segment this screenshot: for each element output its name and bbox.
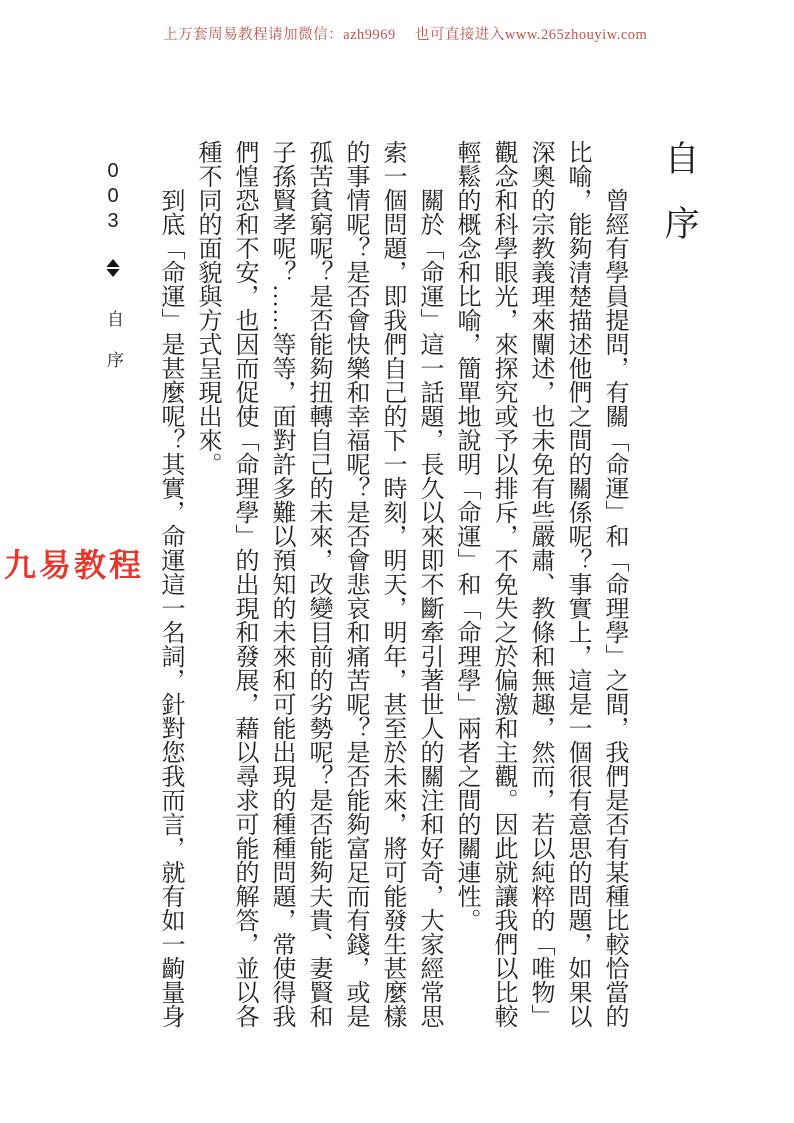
folio-section-label: 自序 xyxy=(104,310,123,392)
page: 上万套周易教程请加微信：azh9969 也可直接进入www.265zhouyiw… xyxy=(0,0,794,1123)
folio: 003 自序 xyxy=(101,160,126,392)
promo-header: 上万套周易教程请加微信：azh9969 也可直接进入www.265zhouyiw… xyxy=(0,6,794,61)
article-body: 曾經有學員提問，有關「命運」和「命理學」之間，我們是否有某種比較恰當的 比喻，能… xyxy=(151,140,632,1036)
body-paragraph: 到底「命運」是甚麼呢？其實，命運這一名詞，針對您我而言，就有如一齣量身 xyxy=(151,140,188,1036)
promo-text: 上万套周易教程请加微信：azh9969 也可直接进入www.265zhouyiw… xyxy=(163,27,647,43)
body-paragraph: 關於「命運」這一話題，長久以來即不斷牽引著世人的關注和好奇，大家經常思 索一個問… xyxy=(188,140,447,1036)
page-number: 003 xyxy=(102,160,124,235)
page-title: 自序 xyxy=(654,140,704,400)
body-paragraph: 曾經有學員提問，有關「命運」和「命理學」之間，我們是否有某種比較恰當的 比喻，能… xyxy=(447,140,632,1036)
watermark: 九易教程 xyxy=(4,540,144,586)
diamond-icon xyxy=(106,259,121,277)
